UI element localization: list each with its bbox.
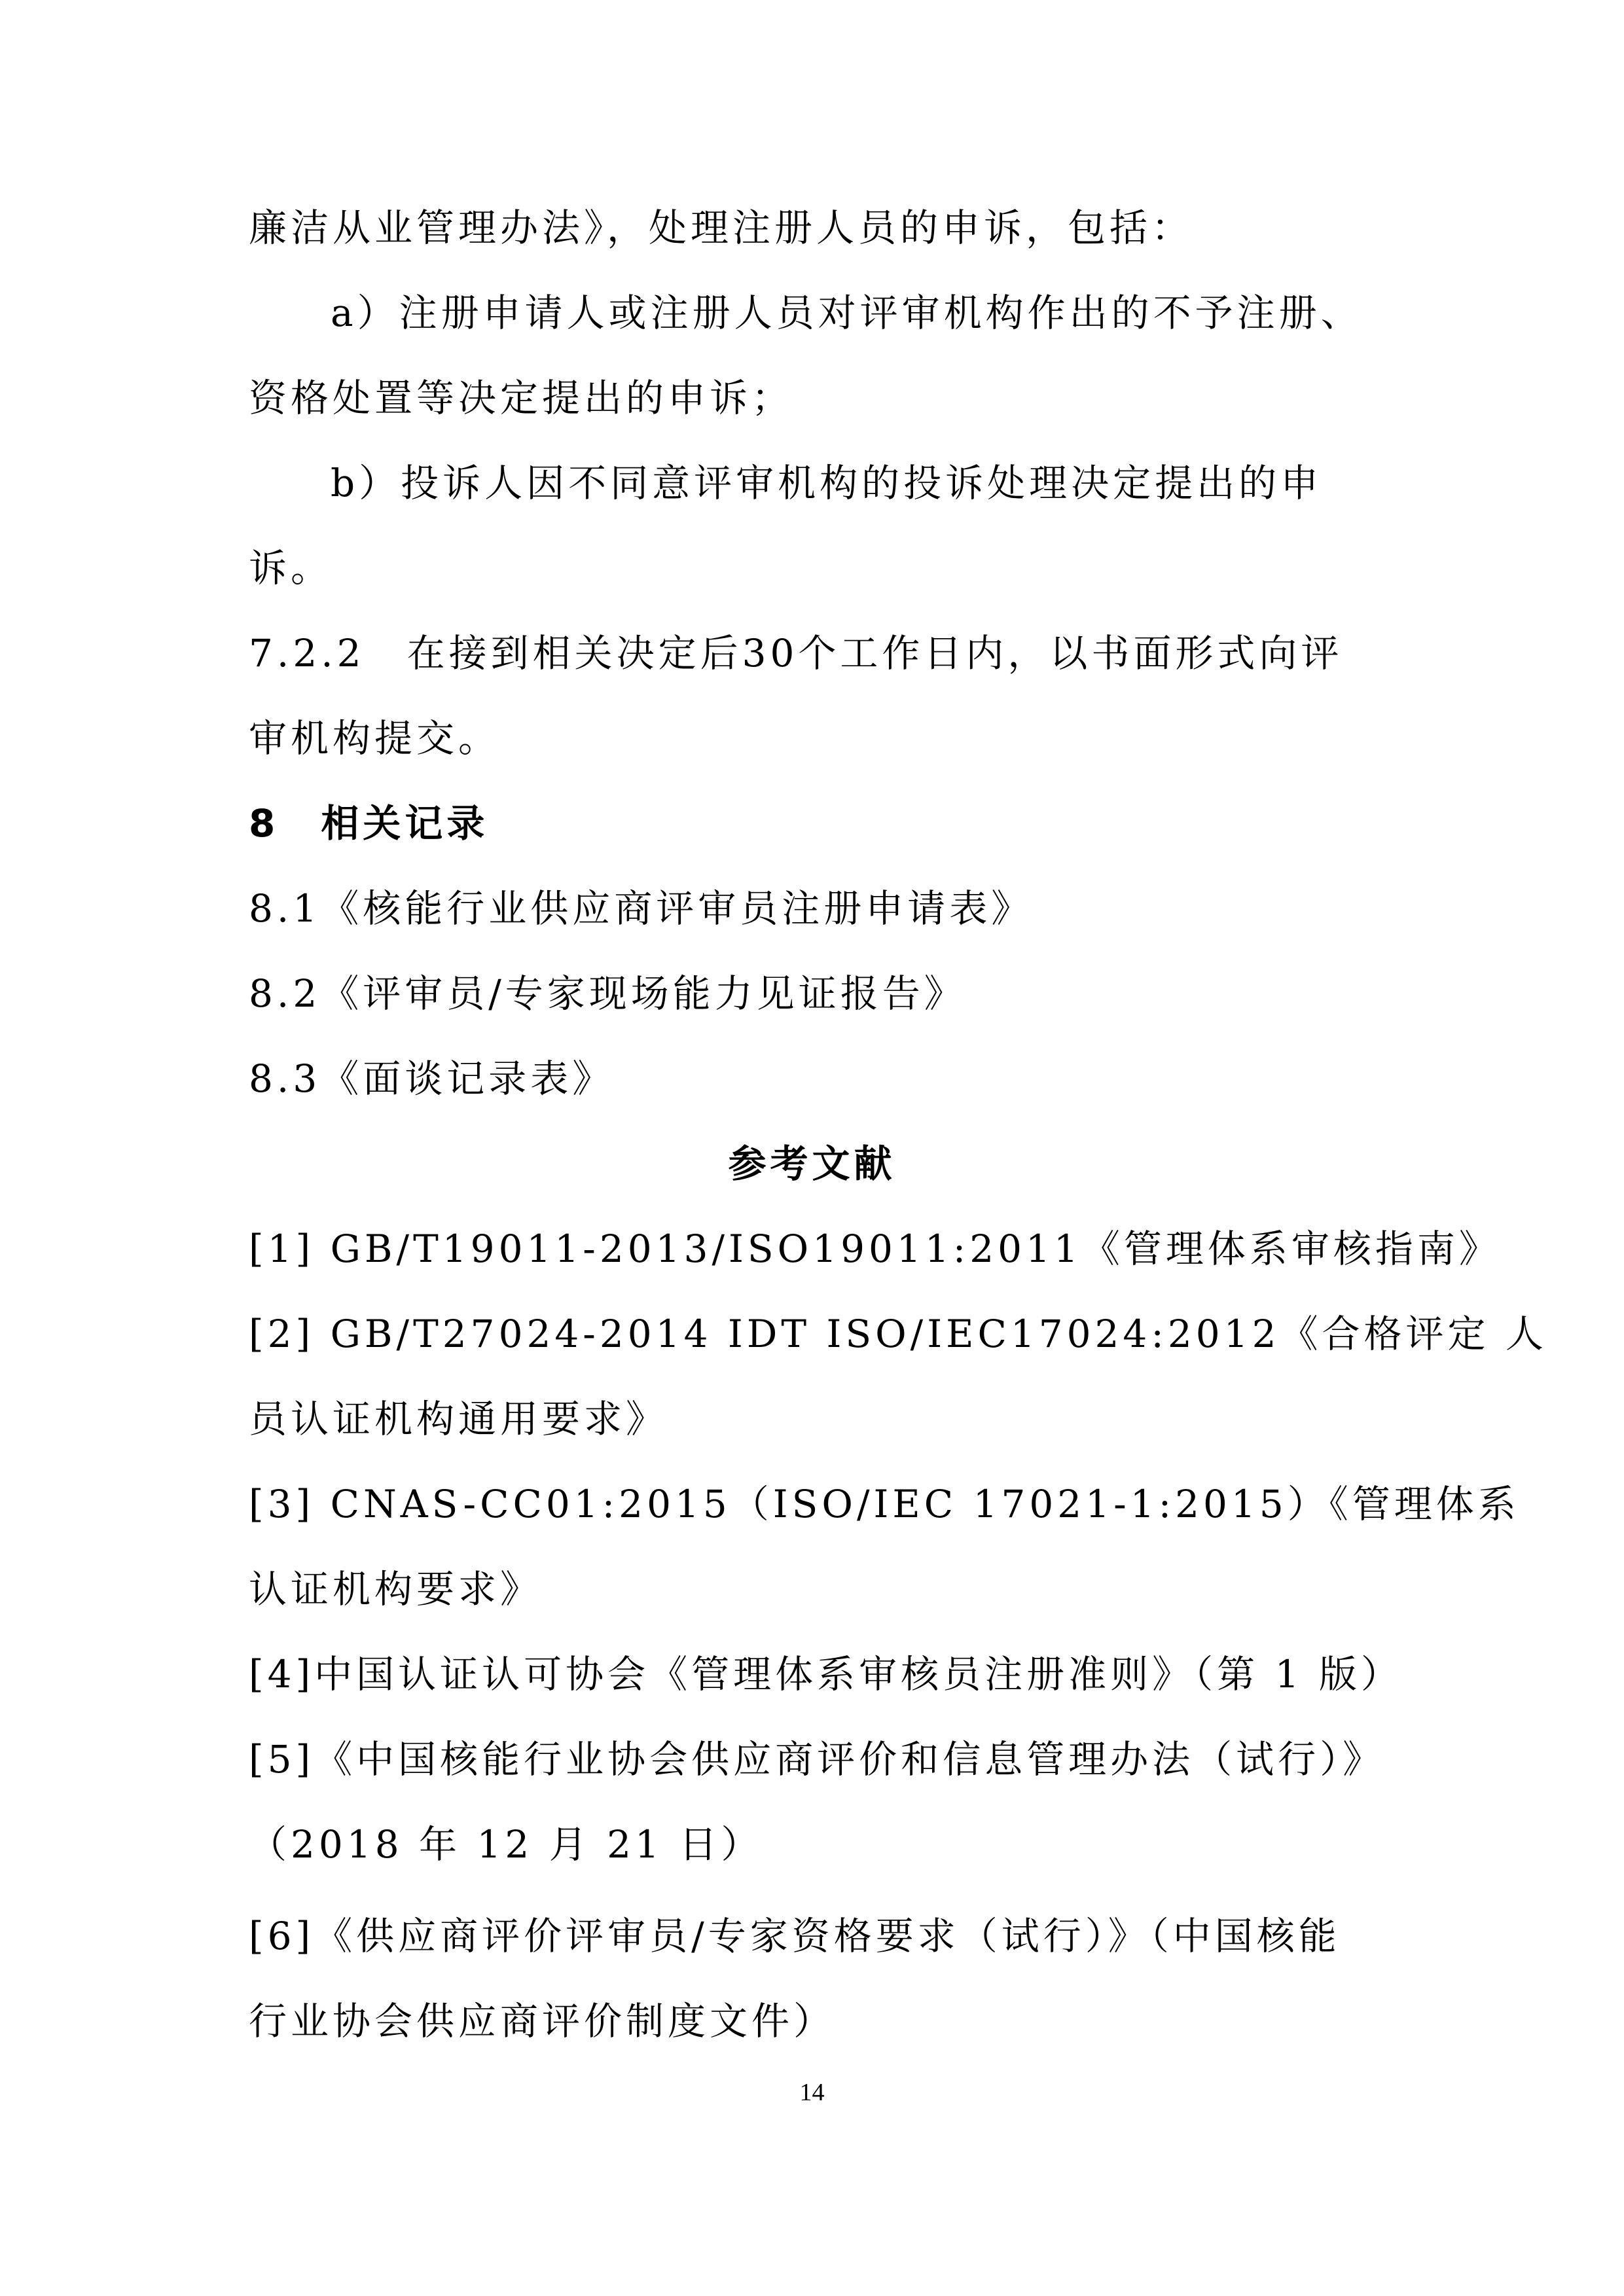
document-page: 廉洁从业管理办法》，处理注册人员的申诉，包括： a）注册申请人或注册人员对评审机… xyxy=(0,0,1624,2296)
reference-line: [6]《供应商评价评审员/专家资格要求（试行）》（中国核能 xyxy=(249,1912,1388,1960)
body-line: 资格处置等决定提出的申诉； xyxy=(249,374,1388,422)
clause-7-2-2: 7.2.2 在接到相关决定后30个工作日内，以书面形式向评 xyxy=(249,630,1388,677)
reference-line: [5]《中国核能行业协会供应商评价和信息管理办法（试行）》 xyxy=(249,1736,1388,1783)
reference-line: 认证机构要求》 xyxy=(249,1566,1388,1613)
list-item-a: a）注册申请人或注册人员对评审机构作出的不予注册、 xyxy=(331,289,1470,336)
reference-line: 员认证机构通用要求》 xyxy=(249,1395,1388,1443)
body-line: 诉。 xyxy=(249,545,1388,592)
reference-line: [1] GB/T19011-2013/ISO19011:2011《管理体系审核指… xyxy=(249,1225,1388,1272)
record-item: 8.1《核能行业供应商评审员注册申请表》 xyxy=(249,885,1388,932)
reference-line: [2] GB/T27024-2014 IDT ISO/IEC17024:2012… xyxy=(249,1310,1388,1357)
reference-line: [3] CNAS-CC01:2015（ISO/IEC 17021-1:2015）… xyxy=(249,1480,1388,1528)
body-line: 审机构提交。 xyxy=(249,715,1388,762)
reference-line: （2018 年 12 月 21 日） xyxy=(249,1821,1388,1868)
record-item: 8.3《面谈记录表》 xyxy=(249,1055,1388,1102)
reference-line: 行业协会供应商评价制度文件） xyxy=(249,1998,1388,2045)
record-item: 8.2《评审员/专家现场能力见证报告》 xyxy=(249,970,1388,1017)
list-item-b: b）投诉人因不同意评审机构的投诉处理决定提出的申 xyxy=(331,459,1470,507)
references-heading: 参考文献 xyxy=(0,1140,1624,1187)
body-line: 廉洁从业管理办法》，处理注册人员的申诉，包括： xyxy=(249,204,1388,251)
reference-line: [4]中国认证认可协会《管理体系审核员注册准则》（第 1 版） xyxy=(249,1651,1388,1698)
section-8-heading: 8 相关记录 xyxy=(249,800,1388,847)
page-number: 14 xyxy=(0,2078,1624,2107)
